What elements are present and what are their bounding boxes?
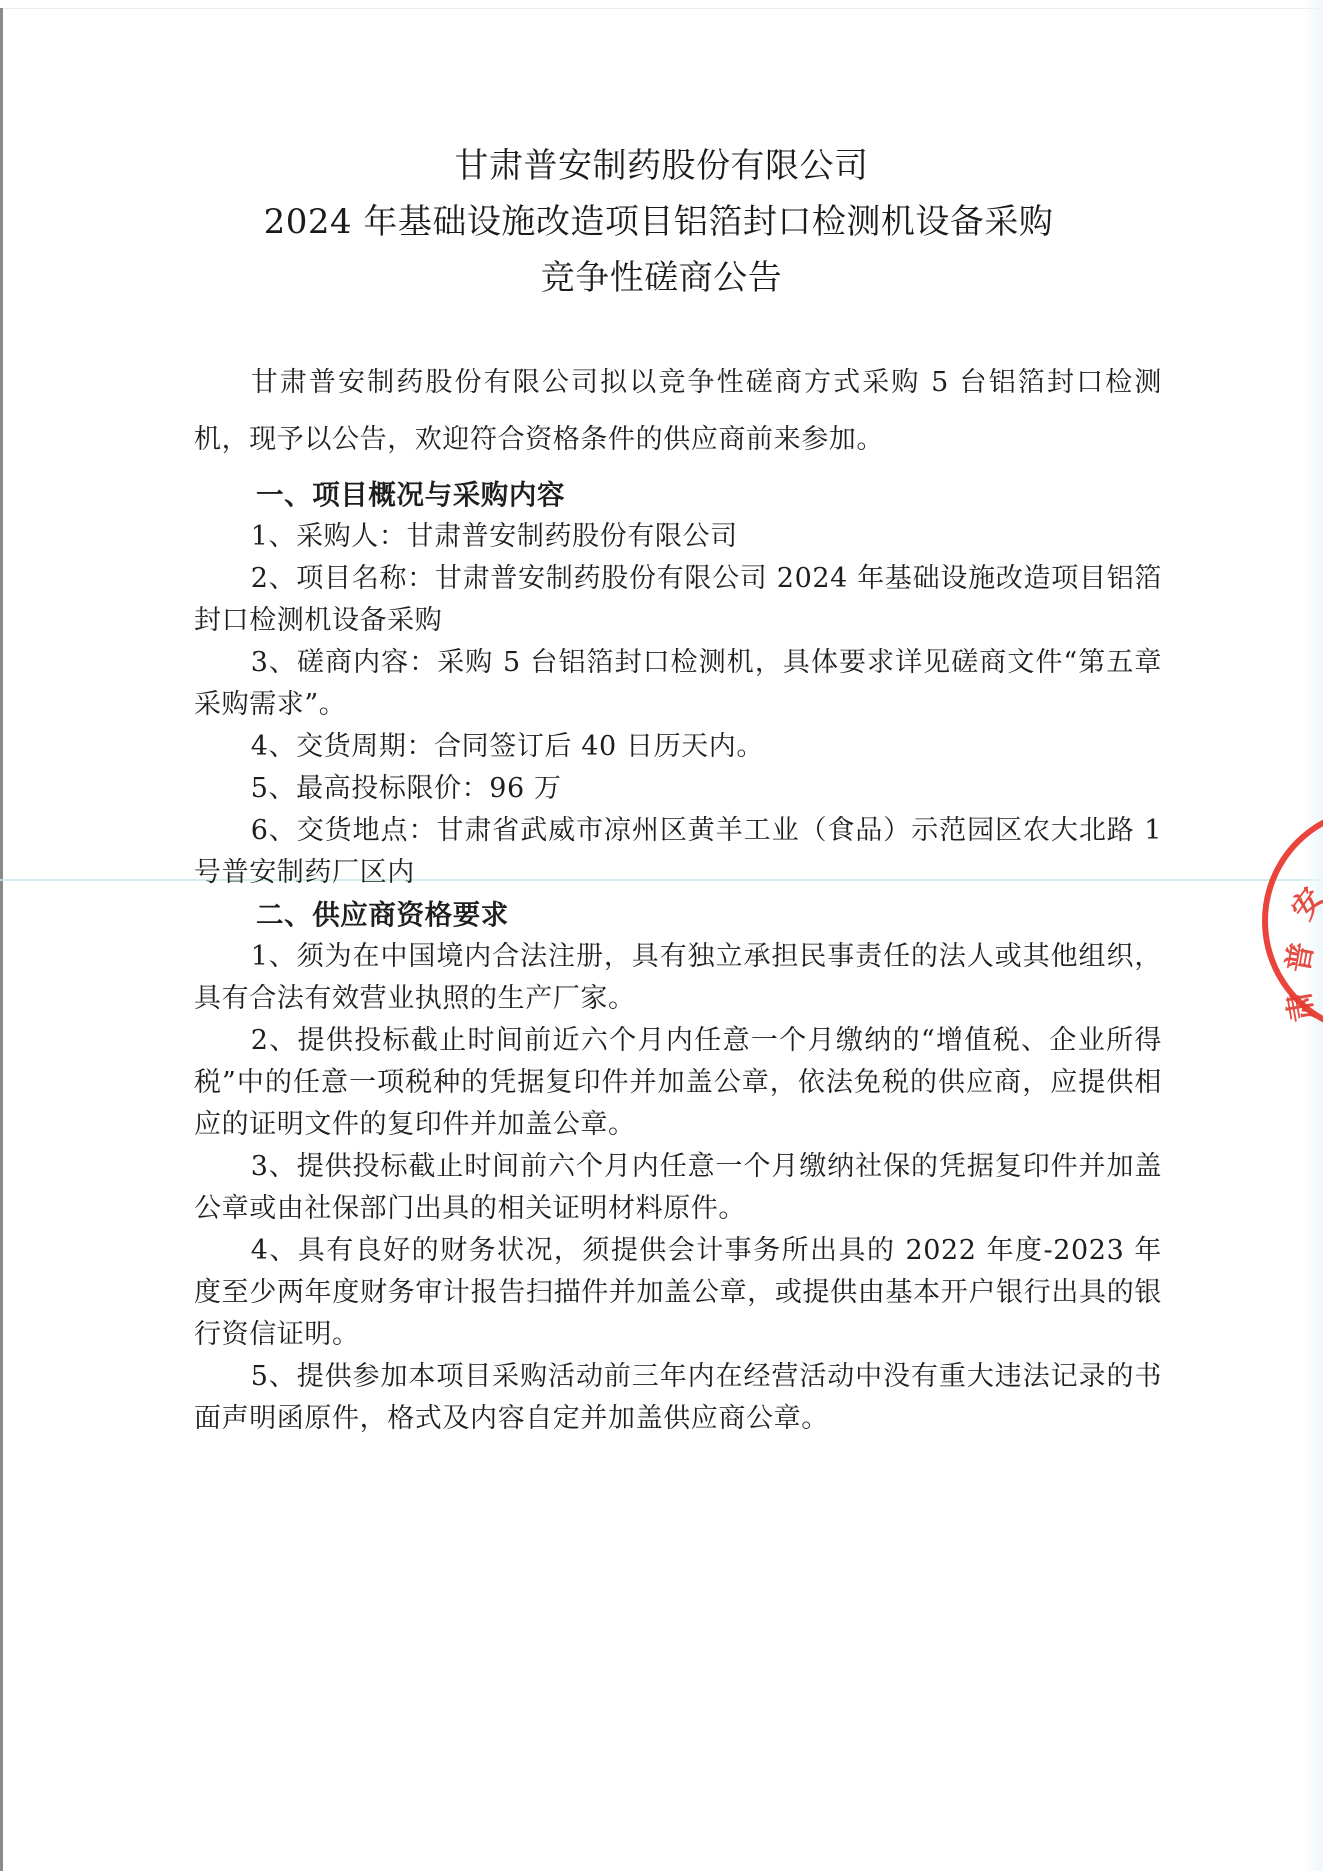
section-heading: 一、项目概况与采购内容 xyxy=(194,474,1162,516)
list-item: 3、磋商内容：采购 5 台铝箔封口检测机，具体要求详见磋商文件“第五章 采购需求… xyxy=(194,642,1162,726)
list-item: 1、须为在中国境内合法注册，具有独立承担民事责任的法人或其他组织，具有合法有效营… xyxy=(194,936,1162,1020)
list-item: 1、采购人：甘肃普安制药股份有限公司 xyxy=(194,516,1162,558)
document-title: 甘肃普安制药股份有限公司 2024 年基础设施改造项目铝箔封口检测机设备采购 竞… xyxy=(0,138,1323,306)
list-item: 5、提供参加本项目采购活动前三年内在经营活动中没有重大违法记录的书面声明函原件，… xyxy=(194,1356,1162,1440)
list-item: 5、最高投标限价：96 万 xyxy=(194,768,1162,810)
intro-paragraph: 甘肃普安制药股份有限公司拟以竞争性磋商方式采购 5 台铝箔封口检测机，现予以公告… xyxy=(194,354,1162,468)
title-company: 甘肃普安制药股份有限公司 xyxy=(0,138,1323,194)
list-item: 2、项目名称：甘肃普安制药股份有限公司 2024 年基础设施改造项目铝箔封口检测… xyxy=(194,558,1162,642)
title-project: 2024 年基础设施改造项目铝箔封口检测机设备采购 xyxy=(0,194,1320,250)
list-item: 3、提供投标截止时间前六个月内任意一个月缴纳社保的凭据复印件并加盖公章或由社保部… xyxy=(194,1146,1162,1230)
intro-paragraph-block: 甘肃普安制药股份有限公司拟以竞争性磋商方式采购 5 台铝箔封口检测机，现予以公告… xyxy=(194,354,1162,468)
list-item: 4、具有良好的财务状况，须提供会计事务所出具的 2022 年度-2023 年度至… xyxy=(194,1230,1162,1356)
scan-top-edge xyxy=(3,8,1323,9)
title-notice-type: 竞争性磋商公告 xyxy=(0,250,1323,306)
section-heading: 二、供应商资格要求 xyxy=(194,894,1162,936)
list-item: 4、交货周期：合同签订后 40 日历天内。 xyxy=(194,726,1162,768)
list-item: 2、提供投标截止时间前近六个月内任意一个月缴纳的“增值税、企业所得税”中的任意一… xyxy=(194,1020,1162,1146)
list-item: 6、交货地点：甘肃省武威市凉州区黄羊工业（食品）示范园区农大北路 1 号普安制药… xyxy=(194,810,1162,894)
section-project-overview: 一、项目概况与采购内容 1、采购人：甘肃普安制药股份有限公司 2、项目名称：甘肃… xyxy=(194,474,1162,1440)
